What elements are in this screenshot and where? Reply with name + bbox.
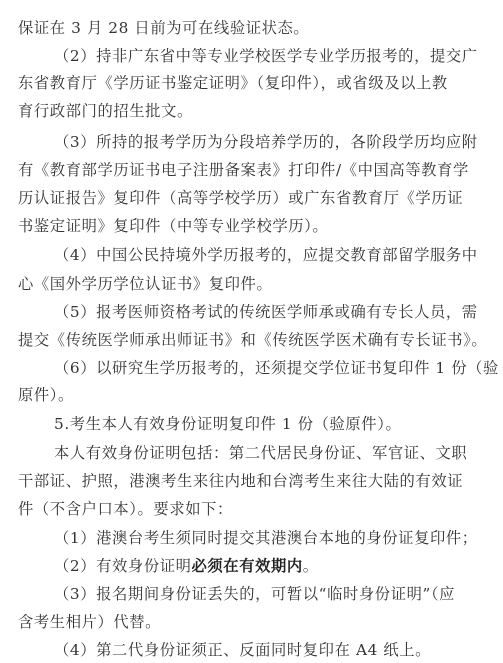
text-line: 历认证报告》复印件（高等学校学历）或广东省教育厅《学历证	[18, 188, 463, 208]
text-line: （4）中国公民持境外学历报考的，应提交教育部留学服务中	[54, 245, 478, 265]
text-line: 东省教育厅《学历证书鉴定证明》（复印件），或省级及以上教	[18, 73, 448, 93]
text-line: 书鉴定证明》复印件（中等专业学校学历）。	[18, 216, 328, 236]
text-normal: （2）有效身份证明	[54, 557, 192, 575]
text-line: 5.考生本人有效身份证明复印件 1 份（验原件）。	[54, 414, 401, 434]
emphasized-text: 必须在有效期内	[192, 557, 303, 575]
text-line: （4）第二代身份证须正、反面同时复印在 A4 纸上。	[54, 640, 431, 660]
text-line: 心《国外学历学位认证书》复印件。	[18, 274, 272, 294]
text-line: （2）有效身份证明必须在有效期内。	[54, 556, 319, 576]
text-line: （1）港澳台考生须同时提交其港澳台本地的身份证复印件；	[54, 528, 478, 548]
text-line: 有《教育部学历证书电子注册备案表》打印件/《中国高等教育学	[18, 160, 469, 180]
text-line: （2）持非广东省中等专业学校医学专业学历报考的，提交广	[54, 46, 478, 66]
text-line: （3）所持的报考学历为分段培养学历的，各阶段学历均应附	[54, 132, 478, 152]
text-line: 含考生相片）代替。	[18, 612, 161, 632]
text-line: 干部证、护照，港澳考生来往内地和台湾考生来往大陆的有效证	[18, 471, 463, 491]
text-line: 原件）。	[18, 385, 74, 405]
text-line: （3）报名期间身份证丢失的，可暂以“临时身份证明”（应	[54, 584, 455, 604]
text-line: 提交《传统医学师承出师证书》和《传统医学医术确有专长证书》。	[18, 330, 487, 350]
text-line: （5）报考医师资格考试的传统医学师承或确有专长人员，需	[54, 302, 478, 322]
text-line: 本人有效身份证明包括：第二代居民身份证、军官证、文职	[54, 443, 467, 463]
text-line: 件（不含户口本）。要求如下：	[18, 499, 233, 519]
text-line: （6）以研究生学历报考的，还须提交学位证书复印件 1 份（验	[54, 358, 499, 378]
text-line: 育行政部门的招生批文。	[18, 101, 193, 121]
text-normal: 。	[303, 557, 319, 575]
text-line: 保证在 3 月 28 日前为可在线验证状态。	[18, 18, 309, 38]
